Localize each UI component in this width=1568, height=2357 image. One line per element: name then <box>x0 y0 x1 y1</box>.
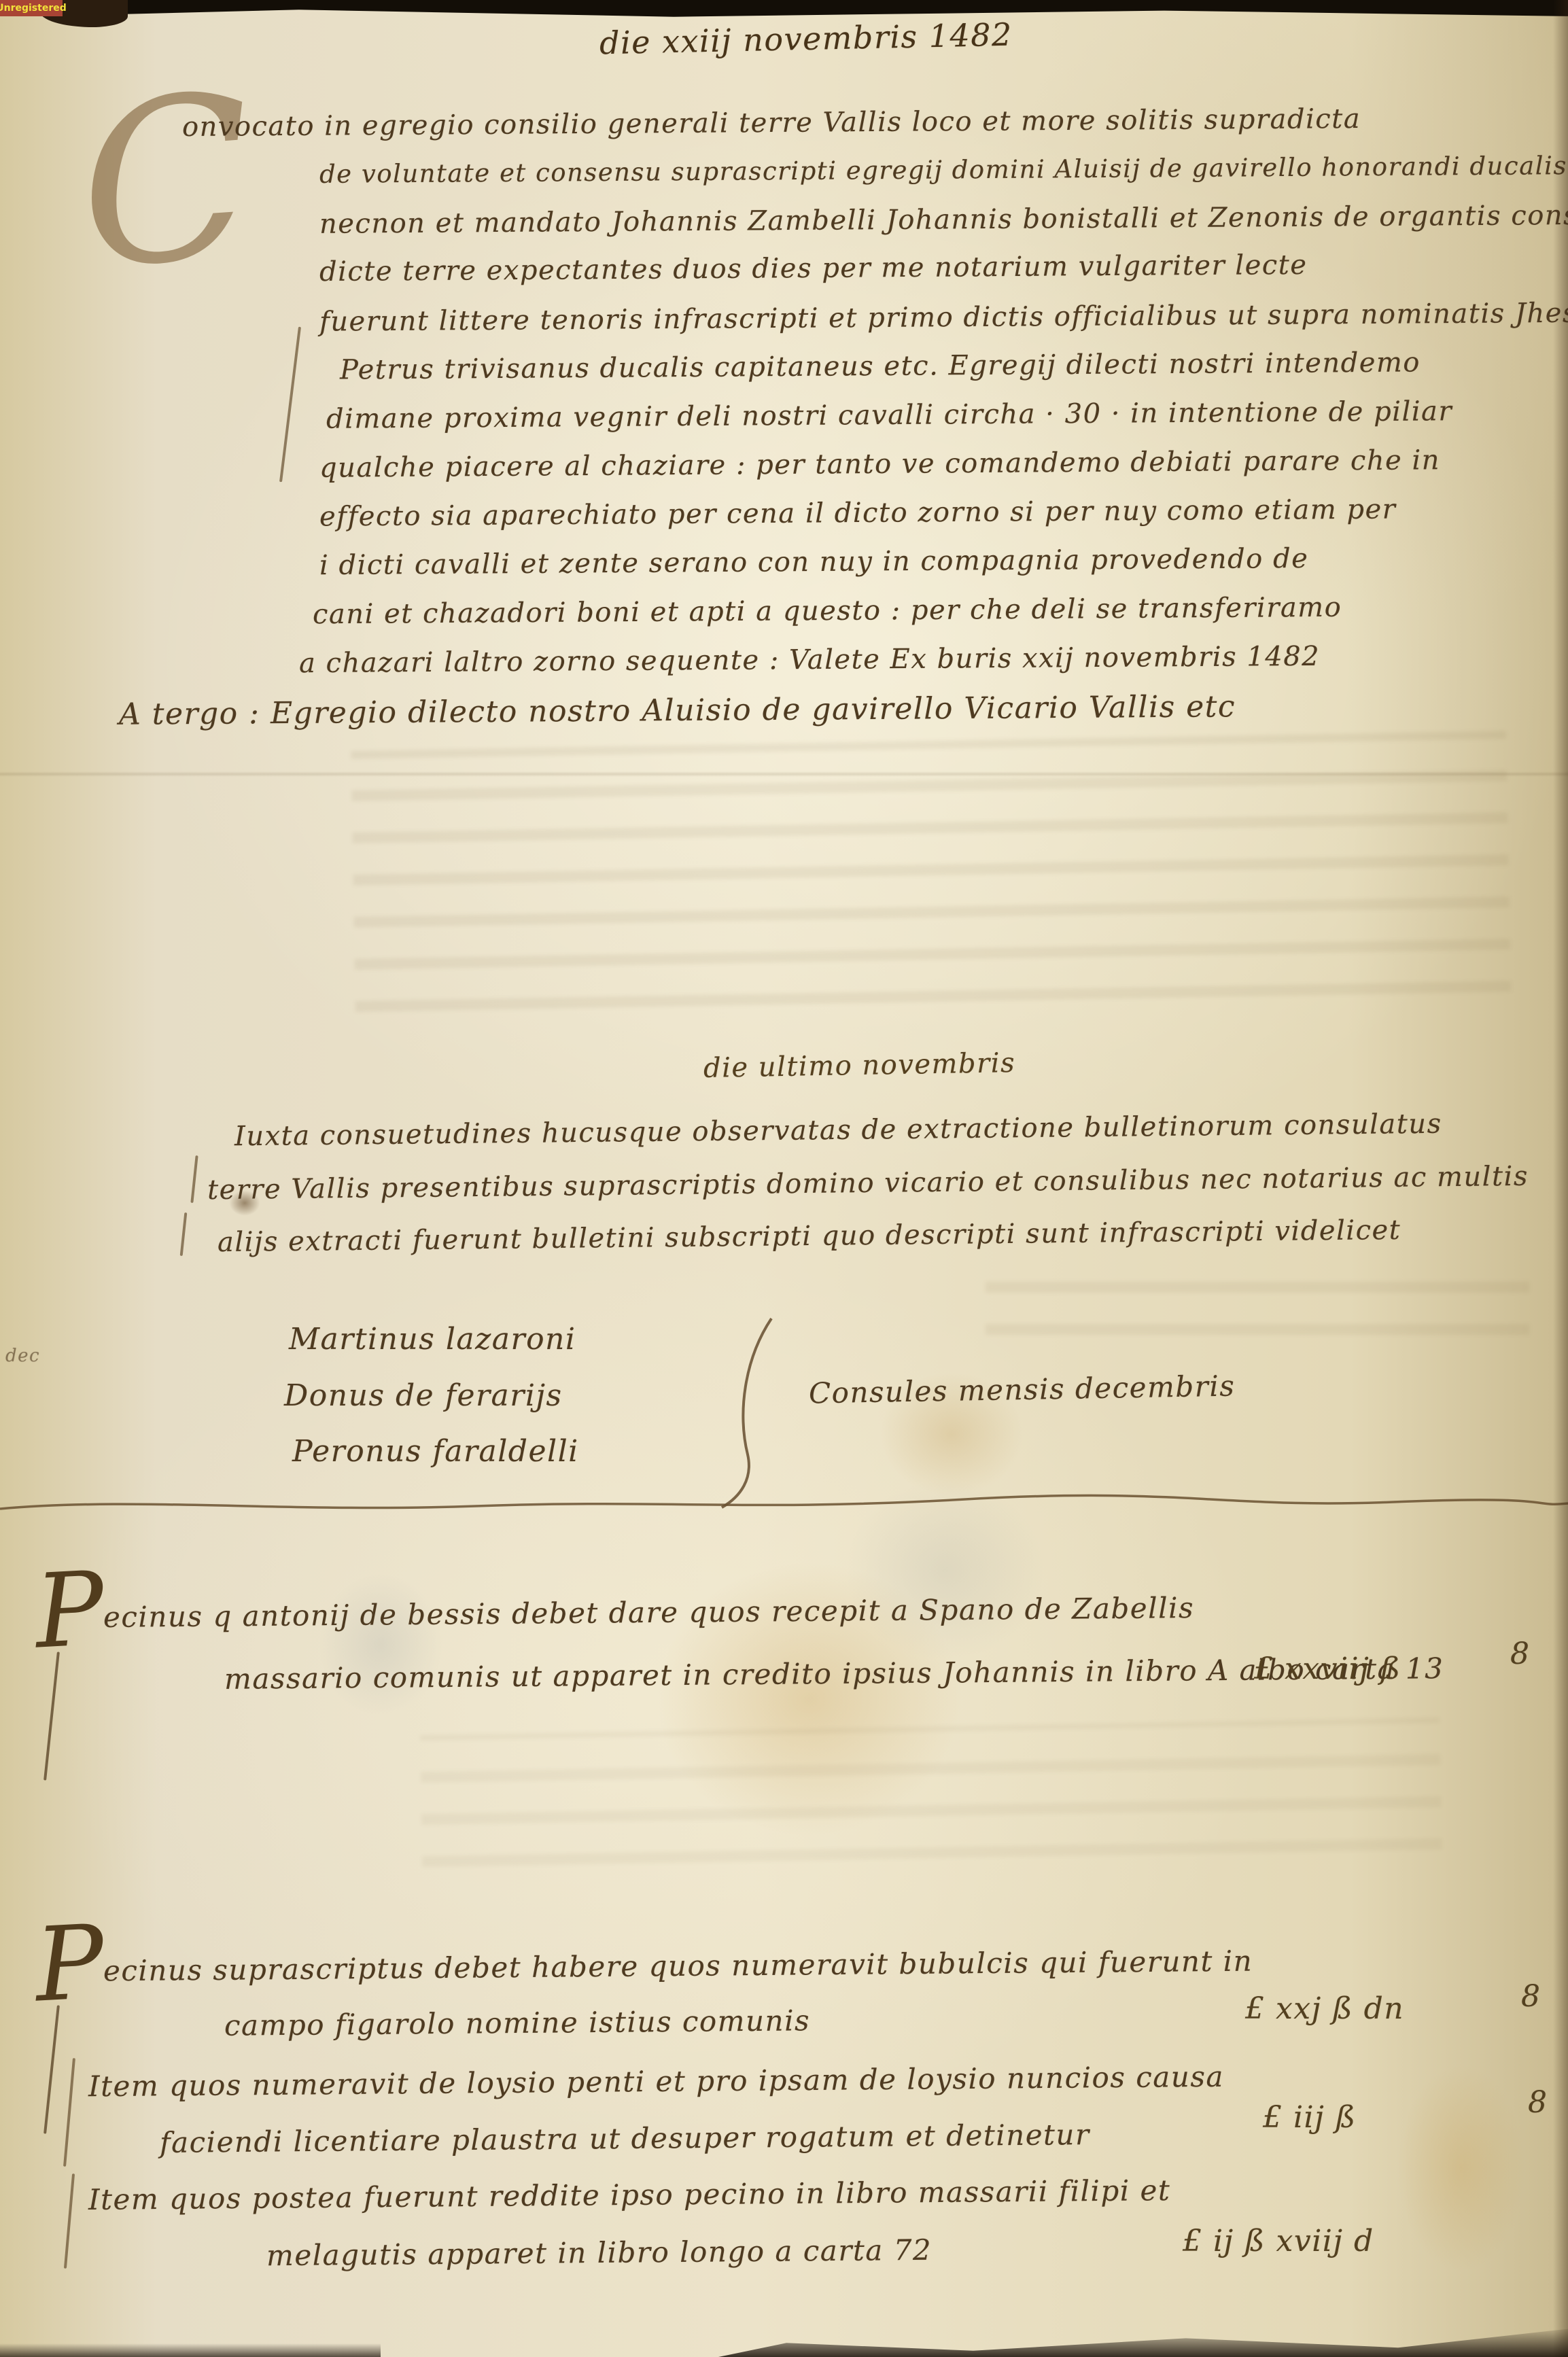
initial-capital-c: C <box>73 75 259 290</box>
expenses-amount: £ ij ß xviij d <box>1183 2224 1374 2258</box>
consul-name: Donus de ferarijs <box>284 1378 563 1413</box>
expenses-line: Item quos postea fuerunt reddite ipso pe… <box>88 2173 1171 2216</box>
scanner-watermark-label: Unregistered <box>0 3 67 14</box>
paper-smudge <box>292 1543 469 1747</box>
date-heading: die xxiij novembris 1482 <box>599 16 1013 62</box>
margin-note: dec <box>5 1346 40 1366</box>
paragraph-stroke <box>64 2173 75 2269</box>
act-line: qualche piacere al chaziare : per tanto … <box>319 444 1440 484</box>
expenses-amount: £ xxj ß dn <box>1245 1991 1404 2026</box>
paper-stain <box>1373 2025 1550 2311</box>
expenses-amount: £ iij ß <box>1263 2100 1357 2135</box>
act-line: fuerunt littere tenoris infrascripti et … <box>319 297 1568 337</box>
paragraph-stroke <box>279 327 301 483</box>
paper-crease <box>0 771 1568 777</box>
act-line: cani et chazadori boni et apti a questo … <box>313 592 1342 631</box>
receipt-amount-denari: 8 <box>1510 1637 1531 1671</box>
extraction-line: Iuxta consuetudines hucusque observatas … <box>234 1108 1442 1153</box>
manuscript-page: Unregistered die xxiij novembris 1482 C … <box>0 0 1568 2357</box>
initial-capital-p: P <box>33 1568 106 1653</box>
consuls-title: Consules mensis decembris <box>809 1369 1236 1410</box>
act-line: a chazari laltro zorno sequente : Valete… <box>299 641 1320 679</box>
horizontal-rule <box>0 1488 1568 1522</box>
expenses-line: faciendi licentiare plaustra ut desuper … <box>160 2118 1090 2159</box>
scan-edge-top <box>126 0 1568 18</box>
bleedthrough-text <box>420 1717 1442 1898</box>
receipt-amount: £ xxviij ß <box>1254 1652 1401 1686</box>
bleedthrough-text <box>351 731 1511 1043</box>
subheading-date: die ultimo novembris <box>703 1047 1016 1084</box>
expenses-line: campo figarolo nomine istius comunis <box>224 2004 810 2042</box>
scan-edge-right <box>1553 0 1568 2357</box>
act-line: necnon et mandato Johannis Zambelli Joha… <box>319 199 1568 240</box>
extraction-line: alijs extracti fuerunt bulletini subscri… <box>217 1215 1401 1258</box>
consul-name: Martinus lazaroni <box>289 1322 576 1357</box>
scanner-watermark: Unregistered <box>0 0 63 16</box>
extraction-line: terre Vallis presentibus suprascriptis d… <box>207 1161 1529 1206</box>
expenses-amount-denari: 8 <box>1528 2085 1548 2120</box>
consul-name: Peronus faraldelli <box>292 1434 579 1469</box>
names-bracket <box>707 1319 788 1509</box>
act-line: i dicti cavalli et zente serano con nuy … <box>319 543 1309 581</box>
act-line: effecto sia aparechiato per cena il dict… <box>319 493 1397 532</box>
scan-edge-bottom-left <box>0 2343 381 2357</box>
scan-edge-bottom-right <box>718 2326 1568 2357</box>
expenses-line: Item quos numeravit de loysio penti et p… <box>88 2060 1224 2103</box>
expenses-line: melagutis apparet in libro longo a carta… <box>266 2233 933 2273</box>
act-line: de voluntate et consensu suprascripti eg… <box>319 150 1568 189</box>
paragraph-stroke <box>190 1155 198 1203</box>
act-line: A tergo : Egregio dilecto nostro Aluisio… <box>119 689 1236 731</box>
initial-capital-p: P <box>33 1921 106 2006</box>
act-line: dimane proxima vegnir deli nostri cavall… <box>326 396 1452 435</box>
expenses-amount-denari: 8 <box>1521 1979 1541 2014</box>
act-line: dicte terre expectantes duos dies per me… <box>319 249 1308 287</box>
act-line: onvocato in egregio consilio generali te… <box>182 103 1361 143</box>
paragraph-stroke <box>180 1212 188 1256</box>
paragraph-stroke <box>63 2058 75 2167</box>
bleedthrough-text <box>986 1278 1529 1366</box>
expenses-line: ecinus suprascriptus debet habere quos n… <box>103 1944 1253 1988</box>
act-line: Petrus trivisanus ducalis capitaneus etc… <box>340 347 1421 385</box>
